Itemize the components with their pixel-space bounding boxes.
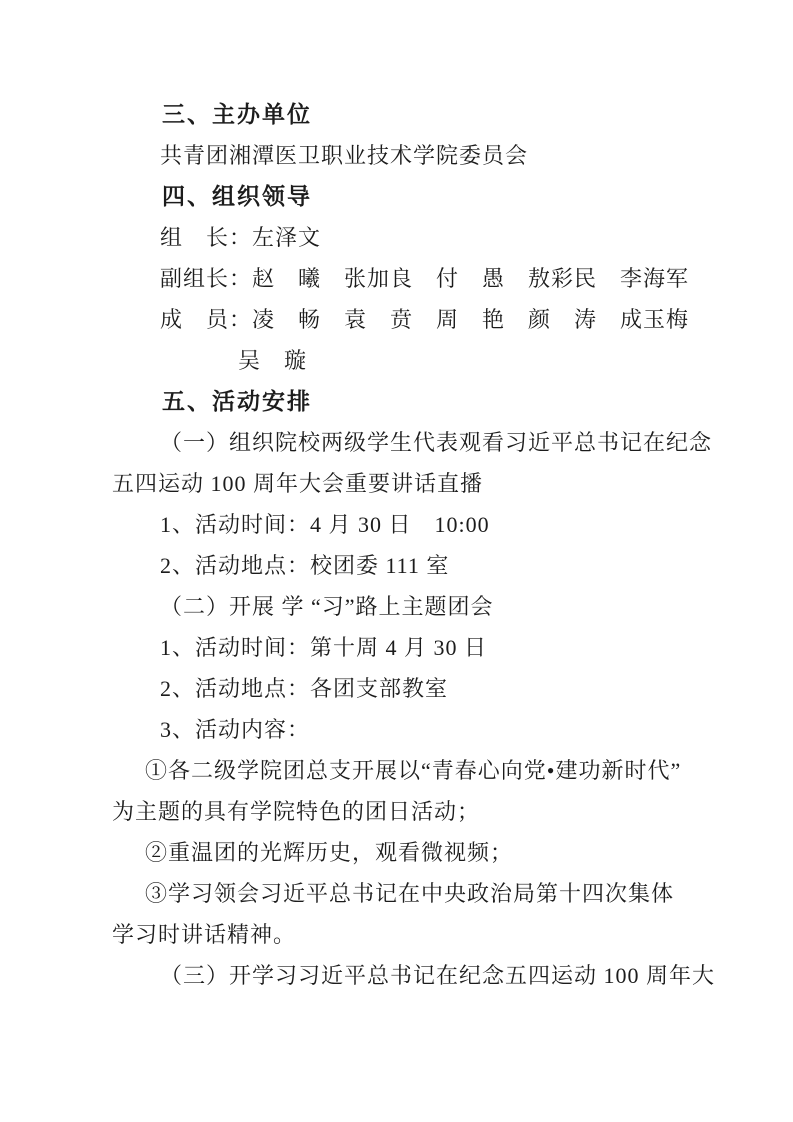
document-body: 三、主办单位共青团湘潭医卫职业技术学院委员会四、组织领导组 长：左泽文副组长：赵… <box>112 94 732 996</box>
text-line: 1、活动时间：第十周 4 月 30 日 <box>112 627 732 668</box>
text-line: 学习时讲话精神。 <box>112 914 732 955</box>
text-line: 2、活动地点：校团委 111 室 <box>112 545 732 586</box>
text-line: （一）组织院校两级学生代表观看习近平总书记在纪念 <box>112 422 732 463</box>
text-line: ③学习领会习近平总书记在中央政治局第十四次集体 <box>112 873 732 914</box>
text-line: ②重温团的光辉历史，观看微视频； <box>112 832 732 873</box>
text-line: 1、活动时间：4 月 30 日 10:00 <box>112 504 732 545</box>
text-line: 3、活动内容： <box>112 709 732 750</box>
text-line: 2、活动地点：各团支部教室 <box>112 668 732 709</box>
text-line: 共青团湘潭医卫职业技术学院委员会 <box>112 135 732 176</box>
section-heading: 三、主办单位 <box>112 94 732 135</box>
text-line: ①各二级学院团总支开展以“青春心向党•建功新时代” <box>112 750 732 791</box>
section-heading: 四、组织领导 <box>112 176 732 217</box>
text-line: （二）开展 学 “习”路上主题团会 <box>112 586 732 627</box>
text-line: 五四运动 100 周年大会重要讲话直播 <box>112 463 732 504</box>
text-line: 吴 璇 <box>112 340 732 381</box>
text-line: 为主题的具有学院特色的团日活动； <box>112 791 732 832</box>
document-page: 三、主办单位共青团湘潭医卫职业技术学院委员会四、组织领导组 长：左泽文副组长：赵… <box>0 0 793 1122</box>
text-line: 副组长：赵 曦 张加良 付 愚 敖彩民 李海军 <box>112 258 732 299</box>
text-line: 成 员：凌 畅 袁 贲 周 艳 颜 涛 成玉梅 <box>112 299 732 340</box>
section-heading: 五、活动安排 <box>112 381 732 422</box>
text-line: （三）开学习习近平总书记在纪念五四运动 100 周年大 <box>112 955 732 996</box>
text-line: 组 长：左泽文 <box>112 217 732 258</box>
